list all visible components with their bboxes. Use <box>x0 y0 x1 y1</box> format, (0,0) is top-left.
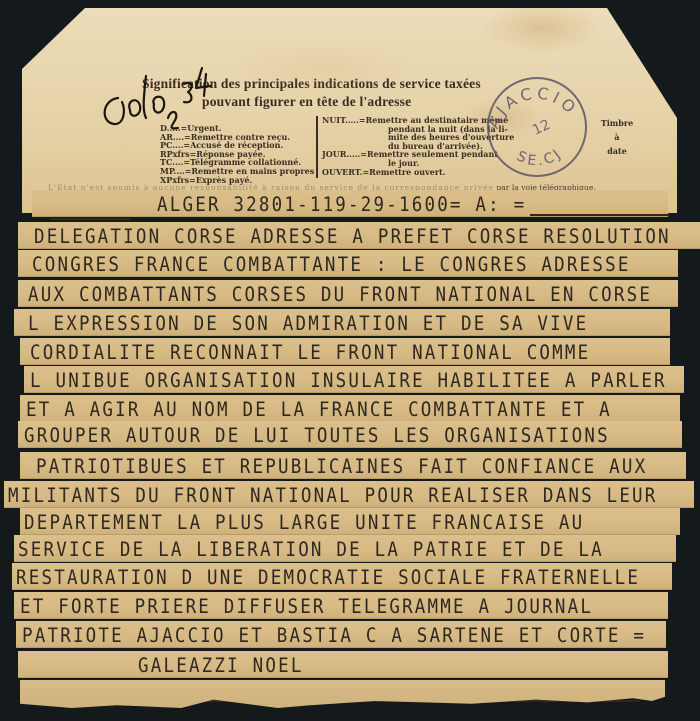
postmark-bottom-text: SE.CJ <box>514 145 566 169</box>
telegram-line: CORDIALITE RECONNAIT LE FRONT NATIONAL C… <box>30 342 590 364</box>
telegram-line-strip: PATRIOTIBUES ET REPUBLICAINES FAIT CONFI… <box>20 452 686 479</box>
telegram-line: RESTAURATION D UNE DEMOCRATIE SOCIALE FR… <box>16 567 640 589</box>
telegram-line: DELEGATION CORSE ADRESSE A PREFET CORSE … <box>34 226 671 248</box>
timbre-word: date <box>592 144 642 158</box>
telegram-line-strip: PATRIOTE AJACCIO ET BASTIA C A SARTENE E… <box>16 621 666 648</box>
telegram-signature: GALEAZZI NOEL <box>138 655 304 677</box>
telegram-line-strip: GROUPER AUTOUR DE LUI TOUTES LES ORGANIS… <box>18 421 682 448</box>
telegram-line: MILITANTS DU FRONT NATIONAL POUR REALISE… <box>8 485 658 507</box>
timbre-a-date-label: Timbre à date <box>592 116 642 158</box>
telegram-line-strip: DEPARTEMENT LA PLUS LARGE UNITE FRANCAIS… <box>20 508 680 535</box>
service-codes-left: D.....=Urgent. AR....=Remettre contre re… <box>160 124 314 184</box>
telegram-line-strip: SERVICE DE LA LIBERATION DE LA PATRIE ET… <box>14 535 676 562</box>
telegram-header-strip: ALGER 32801-119-29-1600= A: = <box>32 190 668 217</box>
telegram-line: ET FORTE PRIERE DIFFUSER TELEGRAMME A JO… <box>20 596 593 618</box>
telegram-line-strip: AUX COMBATTANTS CORSES DU FRONT NATIONAL… <box>18 280 678 307</box>
timbre-word: Timbre <box>592 116 642 130</box>
telegram-line-strip: ET FORTE PRIERE DIFFUSER TELEGRAMME A JO… <box>14 592 668 619</box>
telegram-line-strip: RESTAURATION D UNE DEMOCRATIE SOCIALE FR… <box>12 563 672 590</box>
telegram-line-strip: DELEGATION CORSE ADRESSE A PREFET CORSE … <box>18 222 700 249</box>
telegram-line-strip: L UNIBUE ORGANISATION INSULAIRE HABILITE… <box>24 366 684 393</box>
telegram-line: PATRIOTE AJACCIO ET BASTIA C A SARTENE E… <box>22 625 646 647</box>
telegram-line: ET A AGIR AU NOM DE LA FRANCE COMBATTANT… <box>26 399 612 421</box>
telegram-line: PATRIOTIBUES ET REPUBLICAINES FAIT CONFI… <box>36 456 647 478</box>
postmark-date: 12 <box>530 117 553 139</box>
column-divider <box>316 116 318 178</box>
telegram-line: CONGRES FRANCE COMBATTANTE : LE CONGRES … <box>32 254 631 276</box>
svg-text:SE.CJ: SE.CJ <box>514 145 566 169</box>
handwritten-annotation <box>96 40 216 130</box>
telegram-line-strip: ET A AGIR AU NOM DE LA FRANCE COMBATTANT… <box>20 395 680 422</box>
telegram-line-strip: CONGRES FRANCE COMBATTANTE : LE CONGRES … <box>18 250 678 277</box>
telegram-line-strip: MILITANTS DU FRONT NATIONAL POUR REALISE… <box>4 481 694 508</box>
telegram-line: SERVICE DE LA LIBERATION DE LA PATRIE ET… <box>18 539 604 561</box>
telegram-line: AUX COMBATTANTS CORSES DU FRONT NATIONAL… <box>28 284 652 306</box>
torn-bottom-edge <box>20 680 665 708</box>
telegram-header: ALGER 32801-119-29-1600= A: = <box>157 194 526 216</box>
telegram-line: L EXPRESSION DE SON ADMIRATION ET DE SA … <box>28 313 588 335</box>
ruled-line <box>530 214 670 216</box>
telegram-line-strip: CORDIALITE RECONNAIT LE FRONT NATIONAL C… <box>20 338 670 365</box>
telegram-line: L UNIBUE ORGANISATION INSULAIRE HABILITE… <box>30 370 667 392</box>
telegram-line: GROUPER AUTOUR DE LUI TOUTES LES ORGANIS… <box>24 425 610 447</box>
signature-strip: GALEAZZI NOEL <box>18 651 668 678</box>
telegram-line: DEPARTEMENT LA PLUS LARGE UNITE FRANCAIS… <box>24 512 584 534</box>
ajaccio-postmark: AJACCIO 12 SE.CJ <box>482 72 592 182</box>
ruled-line <box>50 218 130 220</box>
timbre-word: à <box>592 130 642 144</box>
telegram-line-strip: L EXPRESSION DE SON ADMIRATION ET DE SA … <box>14 309 670 336</box>
